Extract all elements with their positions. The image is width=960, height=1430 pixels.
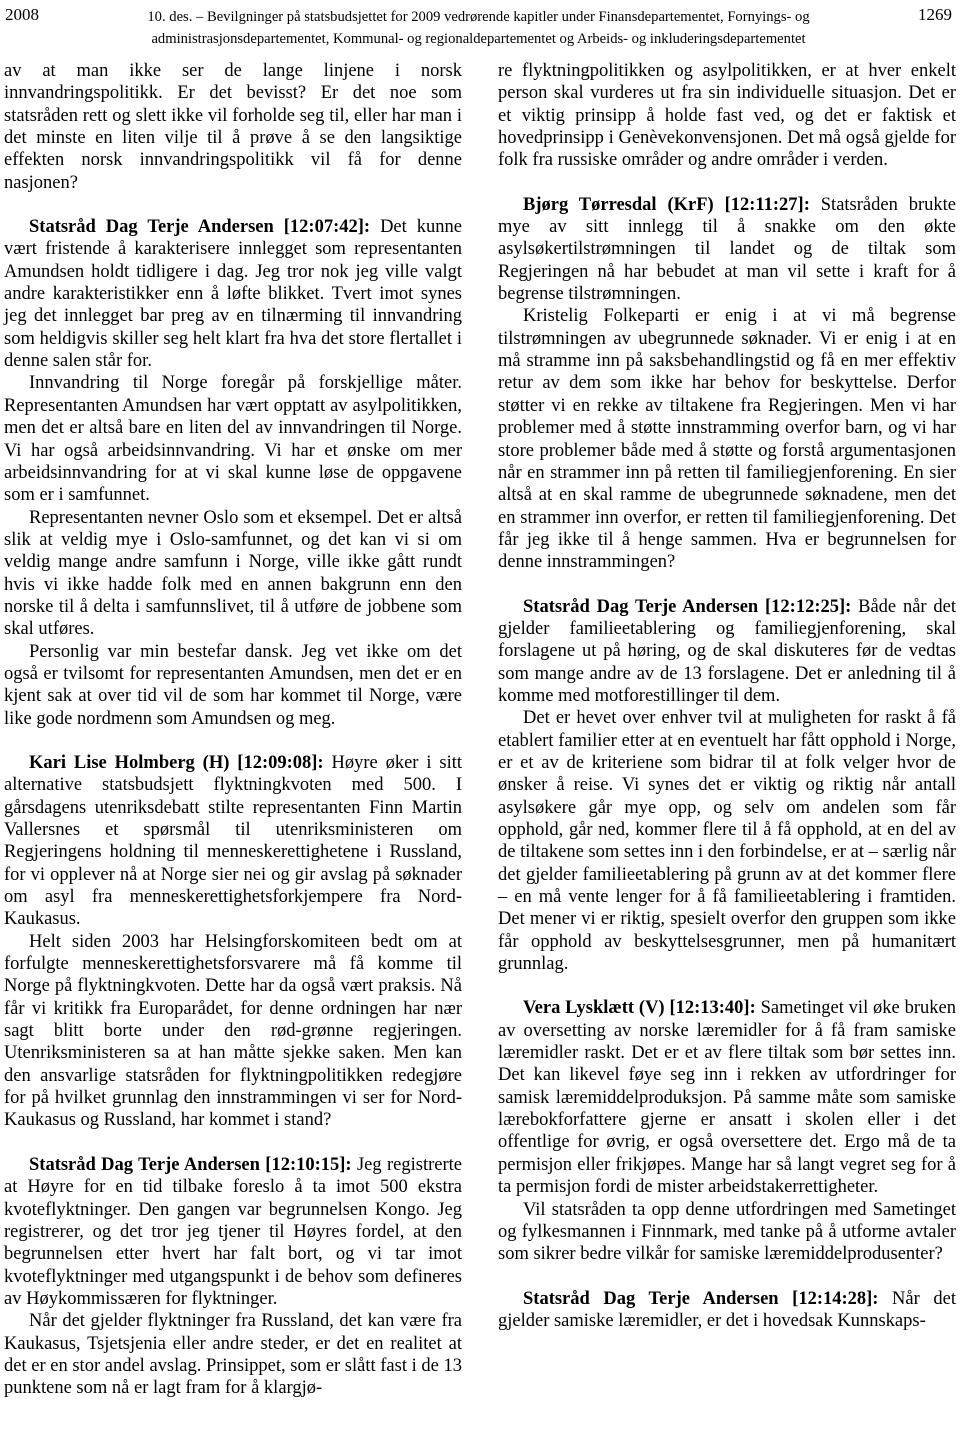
paragraph: Representanten nevner Oslo som et eksemp…	[4, 507, 462, 641]
year-label: 2008	[5, 5, 39, 25]
speech-opening-paragraph: Kari Lise Holmberg (H) [12:09:08]: Høyre…	[4, 752, 462, 931]
left-column: av at man ikke ser de lange linjene i no…	[4, 60, 462, 1400]
speech-opening-paragraph: Statsråd Dag Terje Andersen [12:10:15]: …	[4, 1154, 462, 1310]
speech-opening-paragraph: Bjørg Tørresdal (KrF) [12:11:27]: Statsr…	[498, 194, 956, 306]
continuation-paragraph: re flyktningpolitikken og asylpolitikken…	[498, 60, 956, 172]
running-title: 10. des. – Bevilgninger på statsbudsjett…	[98, 6, 860, 50]
speaker-name-and-timestamp: Kari Lise Holmberg (H) [12:09:08]:	[29, 753, 324, 773]
speech-opening-paragraph: Statsråd Dag Terje Andersen [12:07:42]: …	[4, 216, 462, 372]
paragraph: Vil statsråden ta opp denne utfordringen…	[498, 1199, 956, 1266]
right-column: re flyktningpolitikken og asylpolitikken…	[498, 60, 956, 1400]
speaker-name-and-timestamp: Bjørg Tørresdal (KrF) [12:11:27]:	[523, 195, 810, 215]
paragraph: Personlig var min bestefar dansk. Jeg ve…	[4, 641, 462, 730]
paragraph: Det er hevet over enhver tvil at mulighe…	[498, 707, 956, 975]
paragraph: Innvandring til Norge foregår på forskje…	[4, 372, 462, 506]
two-column-body: av at man ikke ser de lange linjene i no…	[0, 50, 960, 1400]
speaker-name-and-timestamp: Statsråd Dag Terje Andersen [12:10:15]:	[29, 1155, 352, 1175]
speech-opening-paragraph: Statsråd Dag Terje Andersen [12:14:28]: …	[498, 1288, 956, 1333]
running-header: 2008 10. des. – Bevilgninger på statsbud…	[0, 0, 960, 50]
speech-opening-paragraph: Vera Lysklætt (V) [12:13:40]: Sametinget…	[498, 997, 956, 1198]
paragraph: Helt siden 2003 har Helsingforskomiteen …	[4, 931, 462, 1132]
speaker-name-and-timestamp: Statsråd Dag Terje Andersen [12:07:42]:	[29, 217, 370, 237]
continuation-paragraph: av at man ikke ser de lange linjene i no…	[4, 60, 462, 194]
paragraph: Kristelig Folkeparti er enig i at vi må …	[498, 305, 956, 573]
speaker-name-and-timestamp: Vera Lysklætt (V) [12:13:40]:	[523, 998, 756, 1018]
speech-opening-paragraph: Statsråd Dag Terje Andersen [12:12:25]: …	[498, 596, 956, 708]
speaker-name-and-timestamp: Statsråd Dag Terje Andersen [12:14:28]:	[523, 1289, 878, 1309]
proceedings-page: 2008 10. des. – Bevilgninger på statsbud…	[0, 0, 960, 1430]
speaker-name-and-timestamp: Statsråd Dag Terje Andersen [12:12:25]:	[523, 597, 851, 617]
page-number: 1269	[918, 5, 952, 25]
paragraph: Når det gjelder flyktninger fra Russland…	[4, 1310, 462, 1399]
